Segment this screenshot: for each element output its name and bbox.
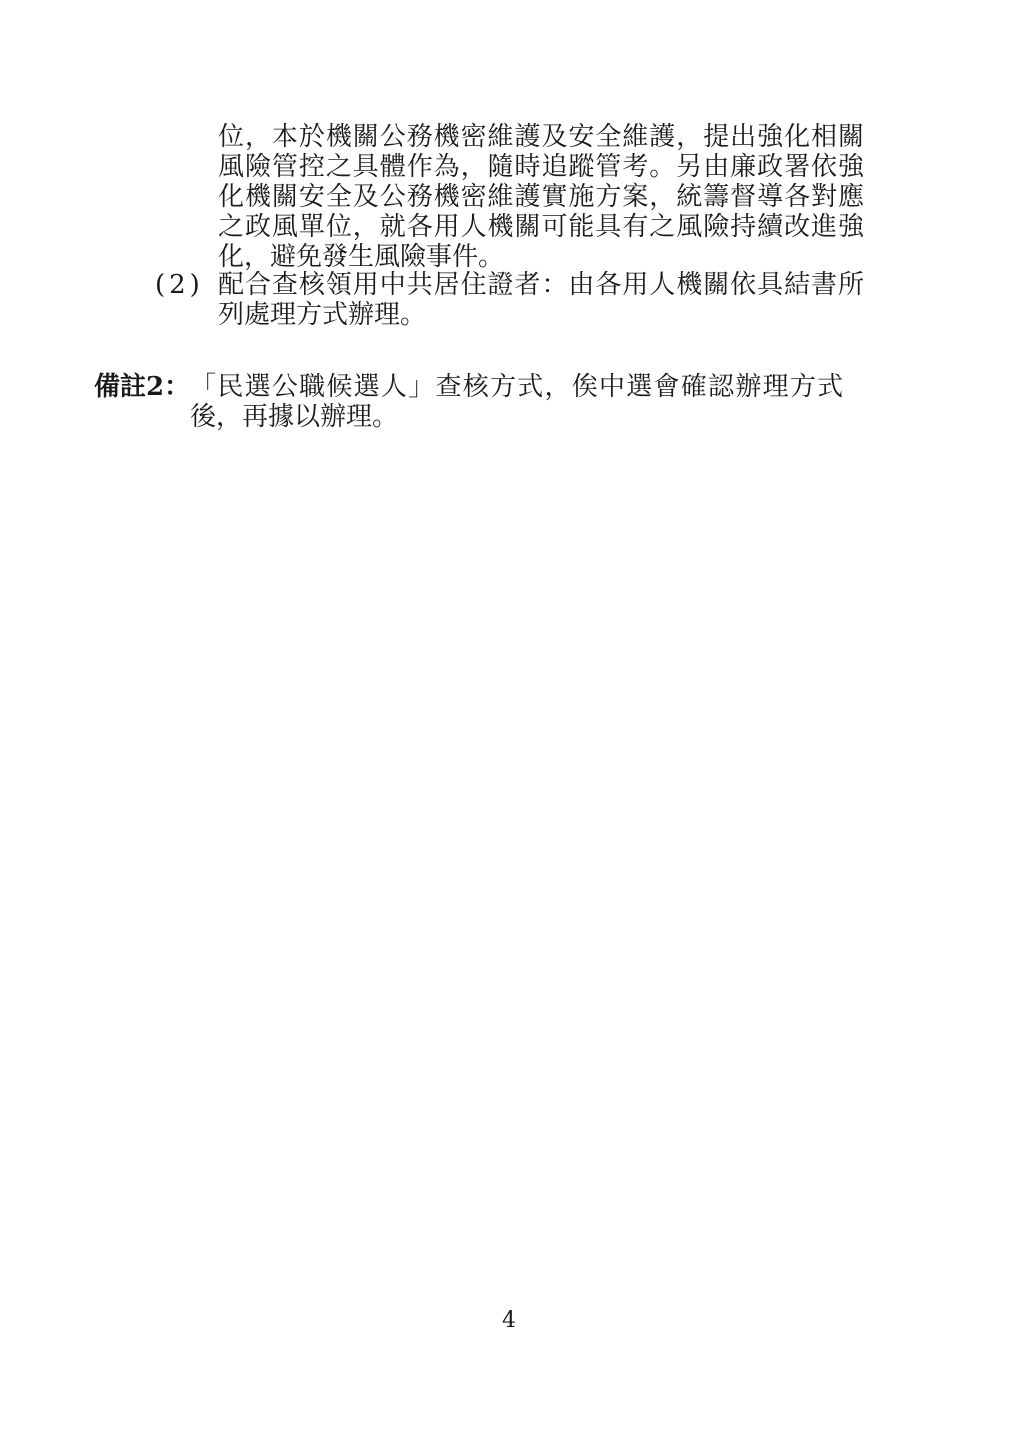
list-item-2-number: (2) [155,270,204,300]
paragraph-line: 化機關安全及公務機密維護實施方案，統籌督導各對應 [218,182,864,212]
list-item-line: 列處理方式辦理。 [218,300,864,330]
note-2-line: 「民選公職候選人」查核方式，俟中選會確認辦理方式 [190,372,843,402]
list-item-line: 配合查核領用中共居住證者：由各用人機關依具結書所 [218,270,864,300]
list-item-2-text: 配合查核領用中共居住證者：由各用人機關依具結書所 列處理方式辦理。 [218,270,864,330]
continued-paragraph: 位，本於機關公務機密維護及安全維護，提出強化相關 風險管控之具體作為，隨時追蹤管… [218,122,864,272]
note-2-line: 後，再據以辦理。 [190,402,398,432]
paragraph-line: 化，避免發生風險事件。 [218,242,864,272]
note-2-number: 2： [146,372,190,402]
paragraph-line: 位，本於機關公務機密維護及安全維護，提出強化相關 [218,122,864,152]
page-number: 4 [0,1308,1018,1334]
document-page: 位，本於機關公務機密維護及安全維護，提出強化相關 風險管控之具體作為，隨時追蹤管… [0,0,1018,1440]
paragraph-line: 風險管控之具體作為，隨時追蹤管考。另由廉政署依強 [218,152,864,182]
note-2: 備註2：「民選公職候選人」查核方式，俟中選會確認辦理方式 [94,372,843,402]
paragraph-line: 之政風單位，就各用人機關可能具有之風險持續改進強 [218,212,864,242]
note-2-label: 備註 [94,372,146,402]
